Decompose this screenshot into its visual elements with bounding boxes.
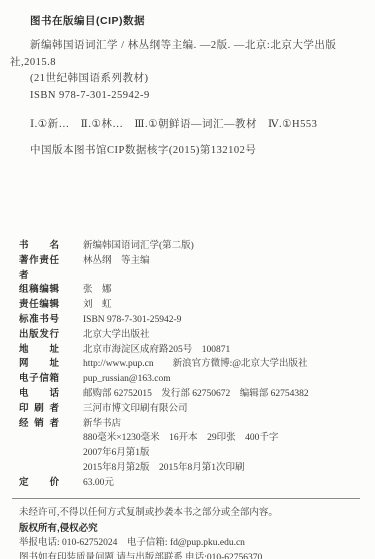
row-book-title: 书名 新编韩国语词汇学(第二版) xyxy=(19,239,367,254)
label-email: 电子信箱 xyxy=(19,372,59,387)
label-book-title: 书名 xyxy=(19,239,59,254)
row-isbn: 标准书号 ISBN 978-7-301-25942-9 xyxy=(19,313,367,328)
value-address: 北京市海淀区成府路205号 100871 xyxy=(83,343,230,358)
notice-no-copying: 未经许可,不得以任何方式复制或抄袭本书之部分或全部内容。 xyxy=(19,506,365,521)
label-isbn: 标准书号 xyxy=(19,313,59,328)
value-author: 林丛纲 等主编 xyxy=(83,254,150,269)
label-address: 地址 xyxy=(19,343,59,358)
value-acquisition-editor: 张 娜 xyxy=(83,283,112,298)
value-printer: 三河市博文印刷有限公司 xyxy=(83,402,188,417)
cip-description-line-1: 新编韩国语词汇学 / 林丛纲等主编. —2版. —北京:北京大学出版 xyxy=(30,38,361,55)
notice-quality-contact: 图书如有印装质量问题,请与出版部联系,电话:010-62756370 xyxy=(19,551,365,559)
label-publisher: 出版发行 xyxy=(19,328,59,343)
row-price: 定价 63.00元 xyxy=(19,476,367,491)
value-isbn: ISBN 978-7-301-25942-9 xyxy=(83,313,181,328)
label-printer: 印刷者 xyxy=(19,402,59,417)
colophon-table: 书名 新编韩国语词汇学(第二版) 著作责任者 林丛纲 等主编 组稿编辑 张 娜 … xyxy=(19,239,367,491)
label-distributor: 经销者 xyxy=(19,417,59,432)
label-price: 定价 xyxy=(19,476,59,491)
cip-heading: 图书在版编目(CIP)数据 xyxy=(30,13,361,28)
value-book-title: 新编韩国语词汇学(第二版) xyxy=(83,239,194,254)
value-price: 63.00元 xyxy=(83,476,114,491)
row-managing-editor: 责任编辑 刘 虹 xyxy=(19,298,367,313)
row-printer: 印刷者 三河市博文印刷有限公司 xyxy=(19,402,367,417)
legal-notices: 未经许可,不得以任何方式复制或抄袭本书之部分或全部内容。 版权所有,侵权必究 举… xyxy=(19,506,365,559)
label-author: 著作责任者 xyxy=(19,254,59,284)
value-distributor: 新华书店 xyxy=(83,417,121,432)
cip-series-note: (21世纪韩国语系列教材) xyxy=(30,71,361,88)
row-website: 网址 http://www.pup.cn 新浪官方微博:@北京大学出版社 xyxy=(19,357,367,372)
row-format: 880毫米×1230毫米 16开本 29印张 400千字 xyxy=(19,431,367,446)
cip-classification: Ⅰ.①新… Ⅱ.①林… Ⅲ.①朝鲜语—词汇—教材 Ⅳ.①H553 xyxy=(30,117,361,134)
row-publisher: 出版发行 北京大学出版社 xyxy=(19,328,367,343)
notice-all-rights-reserved: 版权所有,侵权必究 xyxy=(19,521,365,536)
cip-registry-number: 中国版本图书馆CIP数据核字(2015)第132102号 xyxy=(30,143,361,160)
value-phone: 邮购部 62752015 发行部 62750672 编辑部 62754382 xyxy=(83,387,309,402)
label-acquisition-editor: 组稿编辑 xyxy=(19,283,59,298)
value-website: http://www.pup.cn 新浪官方微博:@北京大学出版社 xyxy=(83,357,308,372)
label-website: 网址 xyxy=(19,357,59,372)
row-phone: 电话 邮购部 62752015 发行部 62750672 编辑部 6275438… xyxy=(19,387,367,402)
cip-isbn: ISBN 978-7-301-25942-9 xyxy=(30,88,361,105)
value-second-edition: 2015年8月第2版 2015年8月第1次印刷 xyxy=(83,461,245,476)
cip-description-line-2: 社,2015.8 xyxy=(10,55,361,72)
label-phone: 电话 xyxy=(19,387,59,402)
value-email: pup_russian@163.com xyxy=(83,372,171,387)
row-author: 著作责任者 林丛纲 等主编 xyxy=(19,254,367,284)
copyright-page: 图书在版编目(CIP)数据 新编韩国语词汇学 / 林丛纲等主编. —2版. —北… xyxy=(0,0,375,559)
row-address: 地址 北京市海淀区成府路205号 100871 xyxy=(19,343,367,358)
row-email: 电子信箱 pup_russian@163.com xyxy=(19,372,367,387)
row-distributor: 经销者 新华书店 xyxy=(19,417,367,432)
row-acquisition-editor: 组稿编辑 张 娜 xyxy=(19,283,367,298)
value-format: 880毫米×1230毫米 16开本 29印张 400千字 xyxy=(83,431,278,446)
divider-rule xyxy=(12,498,360,499)
notice-report-contact: 举报电话: 010-62752024 电子信箱: fd@pup.pku.edu.… xyxy=(19,536,365,551)
row-first-edition: 2007年6月第1版 xyxy=(19,446,367,461)
value-managing-editor: 刘 虹 xyxy=(83,298,112,313)
row-second-edition: 2015年8月第2版 2015年8月第1次印刷 xyxy=(19,461,367,476)
value-first-edition: 2007年6月第1版 xyxy=(83,446,150,461)
value-publisher: 北京大学出版社 xyxy=(83,328,150,343)
cip-block: 图书在版编目(CIP)数据 新编韩国语词汇学 / 林丛纲等主编. —2版. —北… xyxy=(0,0,375,159)
label-managing-editor: 责任编辑 xyxy=(19,298,59,313)
